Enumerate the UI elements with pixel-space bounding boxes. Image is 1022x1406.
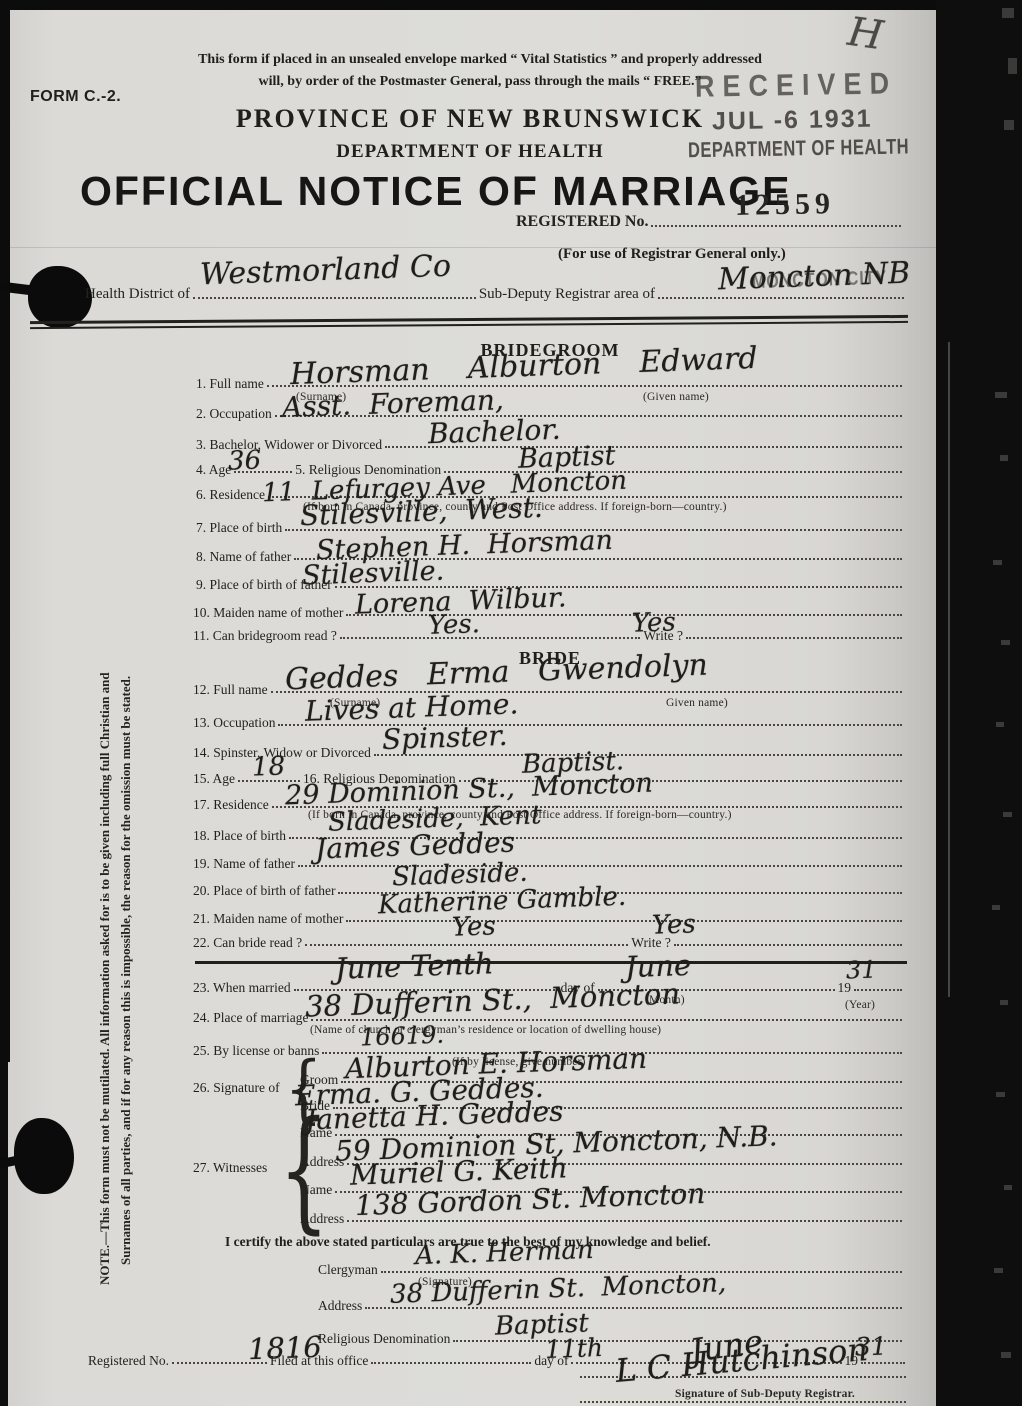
mailing-note-line1: This form if placed in an unsealed envel… — [140, 52, 820, 68]
given-name-hint: Given name) — [666, 697, 728, 709]
margin-note: NOTE.—This form must not be mutilated. A… — [95, 585, 141, 1285]
filing-registered-value: 1816 — [248, 1333, 323, 1365]
bride-father-label: 19. Name of father — [193, 857, 295, 871]
scan-artifact — [1000, 1000, 1008, 1005]
dotted-leader — [305, 944, 628, 946]
scan-crease — [8, 247, 936, 248]
scan-artifact — [992, 905, 1000, 910]
dotted-leader — [854, 989, 902, 991]
section-rule — [195, 961, 907, 964]
province-title: PROVINCE OF NEW BRUNSWICK — [160, 104, 780, 134]
scan-artifact — [1004, 1185, 1012, 1190]
bride-mother-label: 21. Maiden name of mother — [193, 912, 343, 926]
scan-artifact — [1000, 455, 1008, 461]
bride-occupation-label: 13. Occupation — [193, 716, 275, 730]
dotted-leader — [346, 920, 902, 922]
dotted-leader — [686, 637, 902, 639]
sub-deputy-value: Moncton NB — [718, 259, 911, 296]
scan-artifact — [1008, 58, 1017, 74]
dotted-leader — [371, 1362, 531, 1364]
groom-read-write-row: 11. Can bridegroom read ? Write ? — [193, 622, 905, 642]
when-married-label: 23. When married — [193, 981, 291, 995]
groom-mother-label: 10. Maiden name of mother — [193, 606, 343, 620]
margin-note-line1: NOTE.—This form must not be mutilated. A… — [95, 585, 116, 1285]
groom-age-value: 36 — [228, 447, 262, 474]
groom-write-value: Yes — [632, 609, 677, 637]
place-of-marriage-label: 24. Place of marriage — [193, 1011, 308, 1025]
sub-deputy-signature-caption: Signature of Sub-Deputy Registrar. — [675, 1388, 855, 1400]
bride-read-label: 22. Can bride read ? — [193, 936, 302, 950]
bride-age-label: 15. Age — [193, 772, 235, 786]
groom-residence-label: 6. Residence — [196, 488, 265, 502]
groom-father-label: 8. Name of father — [196, 550, 291, 564]
scan-artifact — [996, 722, 1004, 727]
bride-age-value: 18 — [252, 753, 286, 780]
health-district-value: Westmorland Co — [200, 252, 452, 291]
when-married-value: June Tenth — [335, 949, 495, 984]
license-number-value: 16619. — [360, 1023, 445, 1050]
received-stamp-line1: RECEIVED — [695, 66, 898, 104]
mailing-note-line2: will, by order of the Postmaster General… — [180, 74, 780, 90]
registered-no-row: REGISTERED No. — [516, 210, 904, 230]
bride-residence-label: 17. Residence — [193, 798, 269, 812]
groom-age-label: 4. Age — [196, 463, 231, 477]
bride-birthplace-label: 18. Place of birth — [193, 829, 286, 843]
groom-status-label: 3. Bachelor, Widower or Divorced — [196, 438, 382, 452]
bride-occupation-row: 13. Occupation — [193, 709, 905, 729]
scan-edge-top — [0, 0, 1022, 10]
clergy-address-label: Address — [318, 1299, 362, 1313]
filing-registered-label: Registered No. — [88, 1354, 169, 1368]
scan-artifact — [1004, 120, 1014, 130]
margin-note-line2: Surnames of all parties, and if for any … — [116, 585, 137, 1285]
groom-read-value: Yes. — [428, 611, 481, 639]
clergyman-signature-value: A. K. Herman — [415, 1237, 594, 1269]
groom-father-birthplace-value: Stilesville. — [302, 558, 445, 590]
received-stamp-line3: DEPARTMENT OF HEALTH — [688, 135, 910, 164]
witness-address-label: Address — [300, 1212, 344, 1226]
dotted-leader — [651, 225, 901, 227]
bride-fullname-label: 12. Full name — [193, 683, 268, 697]
bride-write-value: Yes — [652, 911, 697, 939]
scan-artifact — [1001, 640, 1010, 645]
health-district-label: Health District of — [85, 287, 190, 302]
denomination-label: Religious Denomination — [318, 1332, 450, 1346]
scan-artifact — [996, 1092, 1005, 1097]
dotted-leader — [674, 944, 902, 946]
dotted-leader — [347, 1220, 902, 1222]
sub-deputy-label: Sub-Deputy Registrar area of — [479, 287, 655, 302]
clergyman-label: Clergyman — [318, 1263, 378, 1277]
dotted-leader — [193, 297, 476, 299]
scan-artifact — [1002, 8, 1014, 18]
bride-status-value: Spinster. — [382, 722, 508, 754]
signature-of-label: 26. Signature of — [193, 1080, 280, 1096]
bride-father-birthplace-label: 20. Place of birth of father — [193, 884, 335, 898]
scan-artifact — [1003, 812, 1012, 817]
bride-father-row: 19. Name of father — [193, 850, 905, 870]
witnesses-label: 27. Witnesses — [193, 1160, 267, 1176]
groom-read-label: 11. Can bridegroom read ? — [193, 629, 337, 643]
scan-artifact — [993, 560, 1002, 565]
scan-artifact — [1001, 1352, 1011, 1358]
bride-read-value: Yes — [452, 913, 497, 941]
handwritten-mark: H — [845, 12, 885, 56]
scan-artifact — [994, 1268, 1003, 1273]
dotted-leader — [298, 865, 902, 867]
form-number: FORM C.-2. — [30, 88, 121, 106]
scanned-marriage-notice: This form if placed in an unsealed envel… — [0, 0, 1022, 1406]
filing-filed-value: 11th — [545, 1335, 604, 1362]
groom-fullname-label: 1. Full name — [196, 377, 264, 391]
groom-birthplace-label: 7. Place of birth — [196, 521, 282, 535]
page-title: OFFICIAL NOTICE OF MARRIAGE — [80, 168, 792, 215]
scan-artifact — [995, 392, 1007, 398]
scan-edge-left — [0, 0, 10, 1062]
registered-no-label: REGISTERED No. — [516, 214, 648, 230]
marriage-year-value: 31 — [846, 957, 877, 982]
witness-name-label: Name — [300, 1183, 332, 1197]
dotted-leader — [374, 754, 902, 756]
groom-birthplace-value: Stilesville, West. — [300, 494, 544, 530]
bride-birthplace-row: 18. Place of birth — [193, 822, 905, 842]
received-stamp-date: JUL -6 1931 — [712, 105, 873, 137]
dotted-leader — [340, 637, 641, 639]
dotted-leader — [658, 297, 904, 299]
underlying-page-edge — [948, 342, 950, 997]
sub-deputy-signature-line2 — [580, 1401, 906, 1403]
groom-occupation-label: 2. Occupation — [196, 407, 272, 421]
bride-read-write-row: 22. Can bride read ? Write ? — [193, 929, 905, 949]
fastener-blob — [28, 266, 92, 328]
